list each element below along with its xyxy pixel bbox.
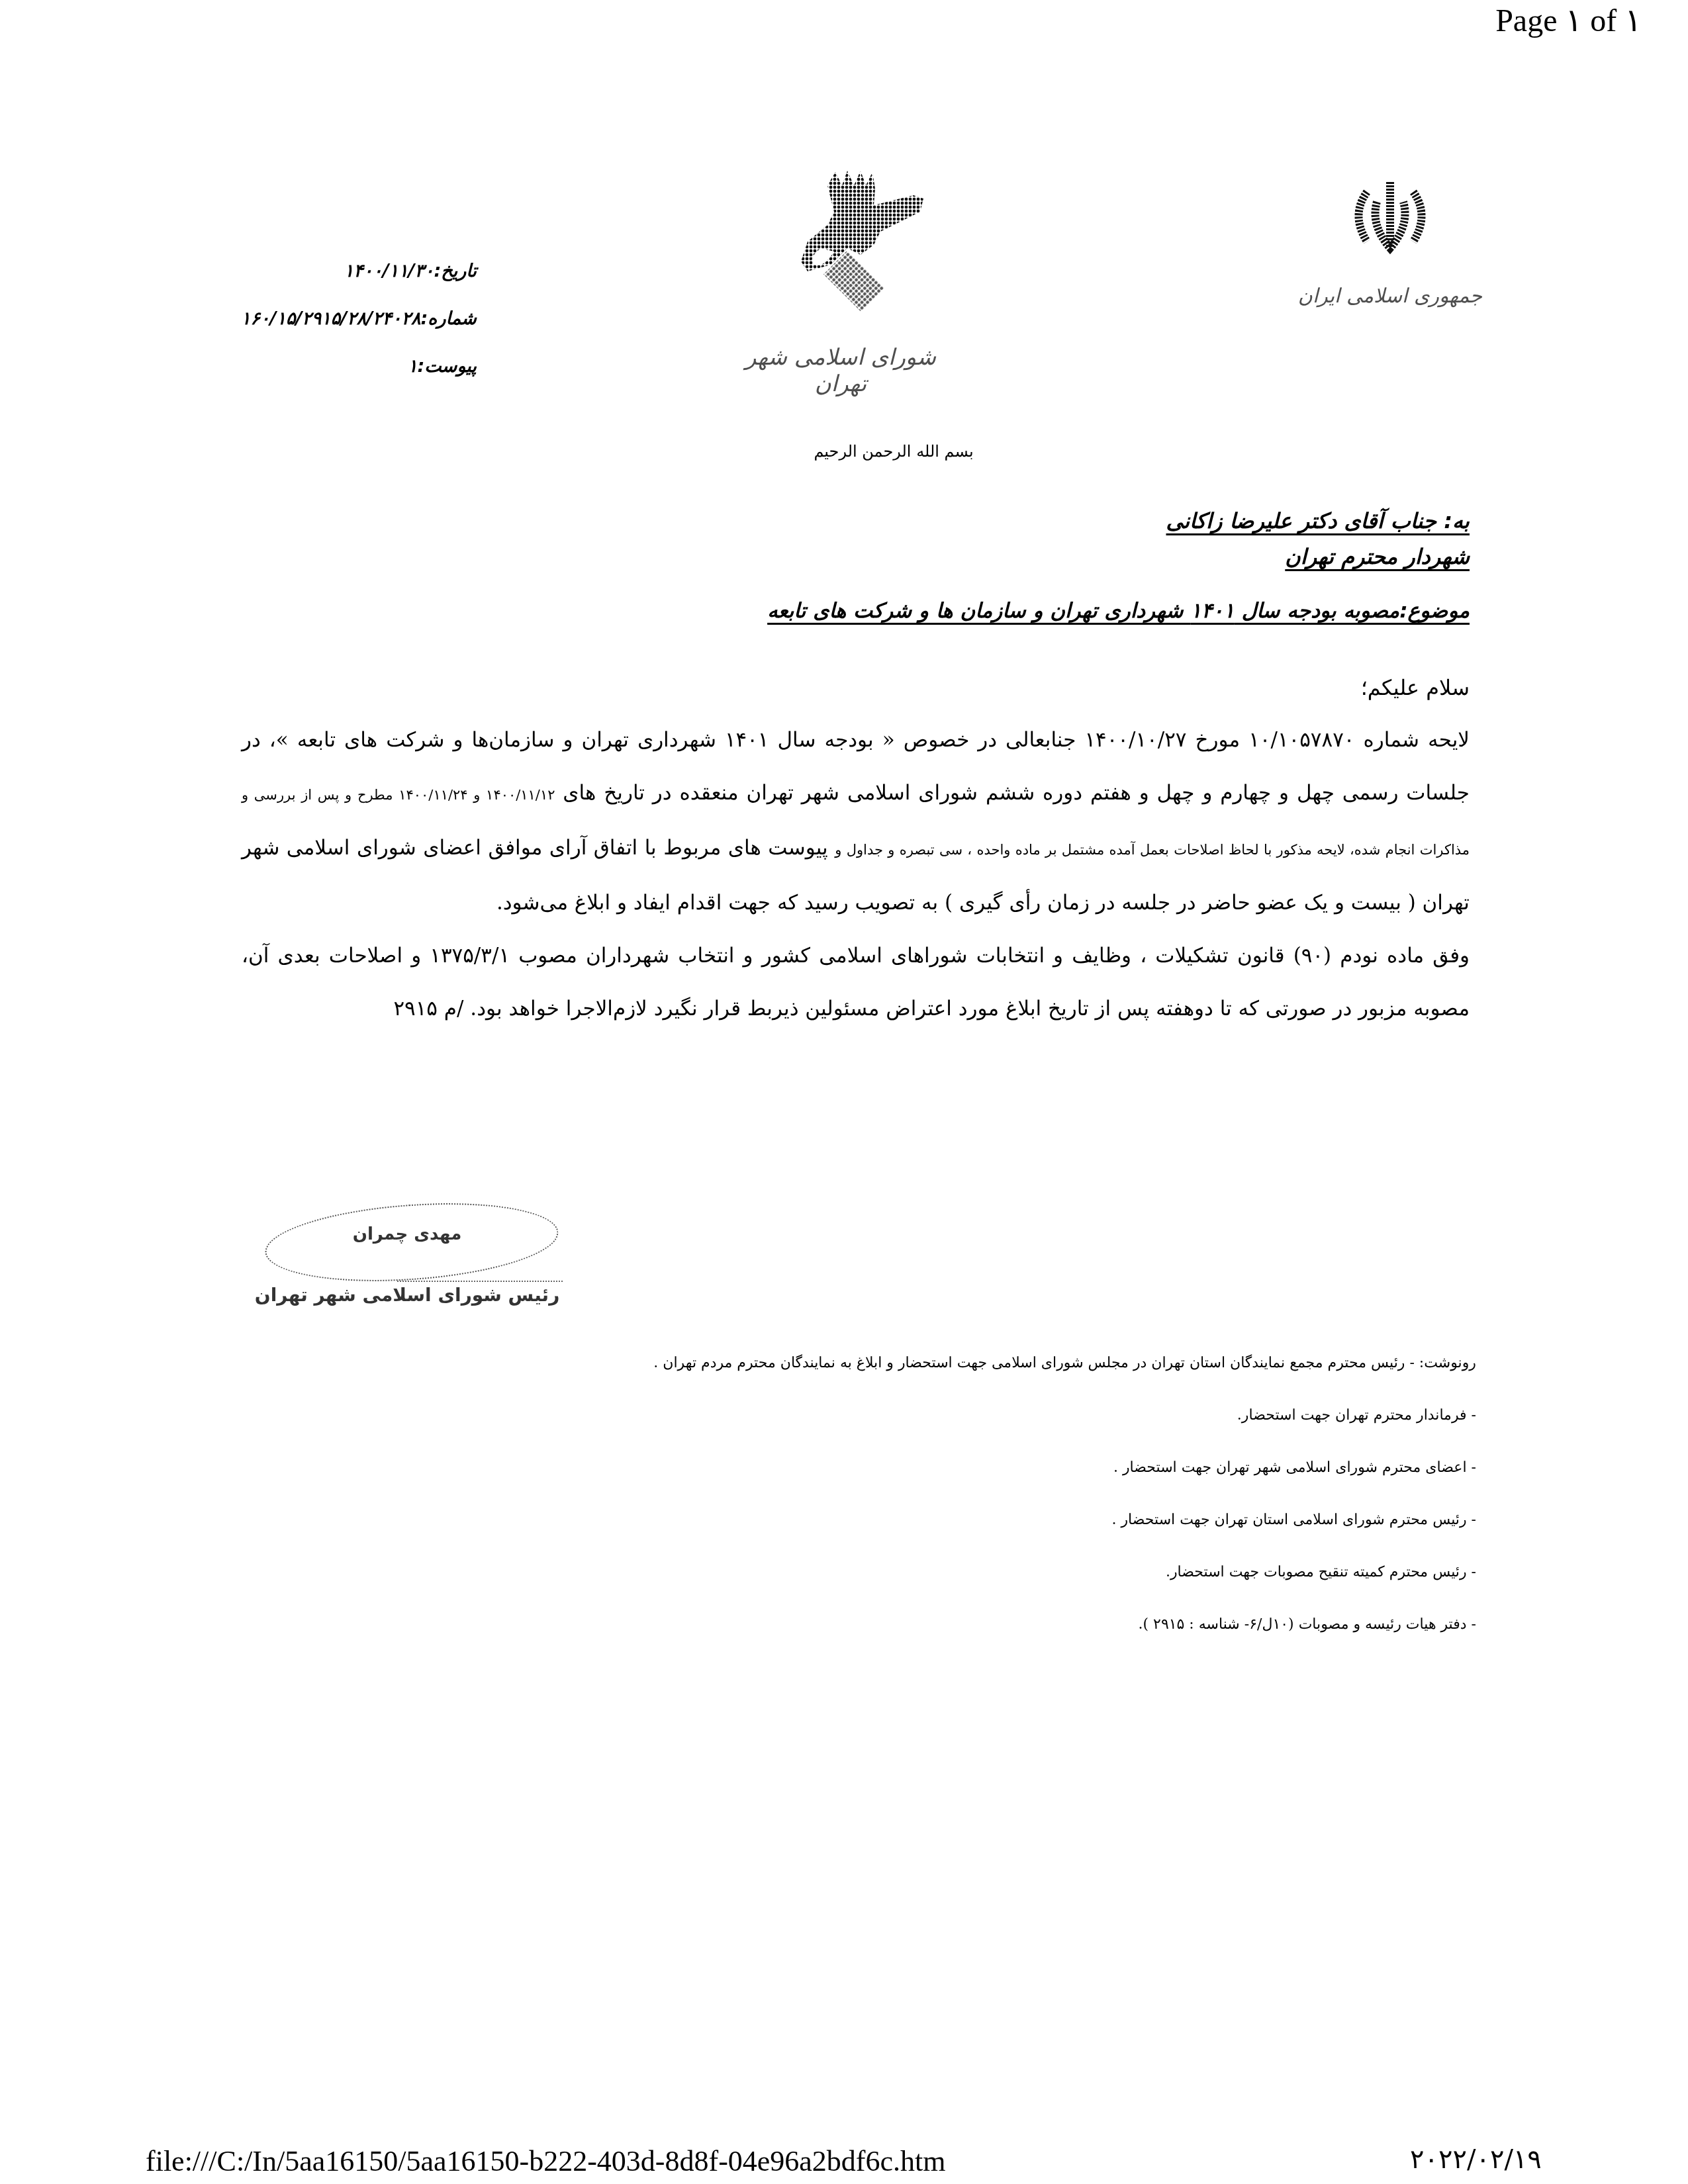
letter-body: لایحه شماره ۱۰/۱۰۵۷۸۷۰ مورخ ۱۴۰۰/۱۰/۲۷ ج… <box>242 713 1470 1035</box>
signature-line <box>397 1281 563 1282</box>
cc-item: - اعضای محترم شورای اسلامی شهر تهران جهت… <box>653 1455 1476 1507</box>
addressee: به: جناب آقای دکتر علیرضا زاکانی شهردار … <box>1166 503 1470 574</box>
addressee-name: به: جناب آقای دکتر علیرضا زاکانی <box>1166 508 1470 533</box>
signature-block: مهدی چمران رئیس شورای اسلامی شهر تهران <box>252 1198 563 1317</box>
bismillah: بسم الله الرحمن الرحیم <box>728 442 1059 461</box>
iran-emblem-icon <box>1344 175 1436 268</box>
council-logo-icon <box>781 165 940 311</box>
footer-date: ۲۰۲۲/۰۲/۱۹ <box>1410 2144 1542 2175</box>
letter-date: تاریخ:۱۴۰۰/۱۱/۳۰ <box>278 251 477 299</box>
cc-item: - فرماندار محترم تهران جهت استحضار. <box>653 1402 1476 1455</box>
cc-item: - رئیس محترم کمیته تنقیح مصوبات جهت استح… <box>653 1559 1476 1612</box>
addressee-title: شهردار محترم تهران <box>1285 544 1470 569</box>
greeting: سلام علیکم؛ <box>1361 675 1470 700</box>
body-paragraph-1: لایحه شماره ۱۰/۱۰۵۷۸۷۰ مورخ ۱۴۰۰/۱۰/۲۷ ج… <box>242 713 1470 929</box>
signatory-name: مهدی چمران <box>252 1224 563 1244</box>
signatory-title: رئیس شورای اسلامی شهر تهران <box>252 1284 563 1306</box>
letter-number: شماره:۱۶۰/۱۵/۲۹۱۵/۲۸/۲۴۰۲۸ <box>278 299 477 347</box>
cc-item: رونوشت: - رئیس محترم مجمع نمایندگان استا… <box>653 1350 1476 1402</box>
body-paragraph-2: وفق ماده نودم (۹۰) قانون تشکیلات ، وظایف… <box>242 929 1470 1035</box>
letter-attachment: پیوست:۱ <box>278 347 477 394</box>
cc-list: رونوشت: - رئیس محترم مجمع نمایندگان استا… <box>653 1350 1476 1664</box>
emblem-caption: جمهوری اسلامی ایران <box>1291 285 1489 308</box>
letter-meta: تاریخ:۱۴۰۰/۱۱/۳۰ شماره:۱۶۰/۱۵/۲۹۱۵/۲۸/۲۴… <box>278 251 477 394</box>
cc-item: - دفتر هیات رئیسه و مصوبات (۱۰ل/۶- شناسه… <box>653 1612 1476 1664</box>
council-caption: شورای اسلامی شهر تهران <box>741 344 940 397</box>
page-header: Page ۱ of ۱ <box>1495 1 1642 41</box>
letter-subject: موضوع:مصوبه بودجه سال ۱۴۰۱ شهرداری تهران… <box>767 599 1470 623</box>
cc-item: - رئیس محترم شورای اسلامی استان تهران جه… <box>653 1507 1476 1559</box>
footer-file-path: file:///C:/In/5aa16150/5aa16150-b222-403… <box>146 2144 946 2178</box>
